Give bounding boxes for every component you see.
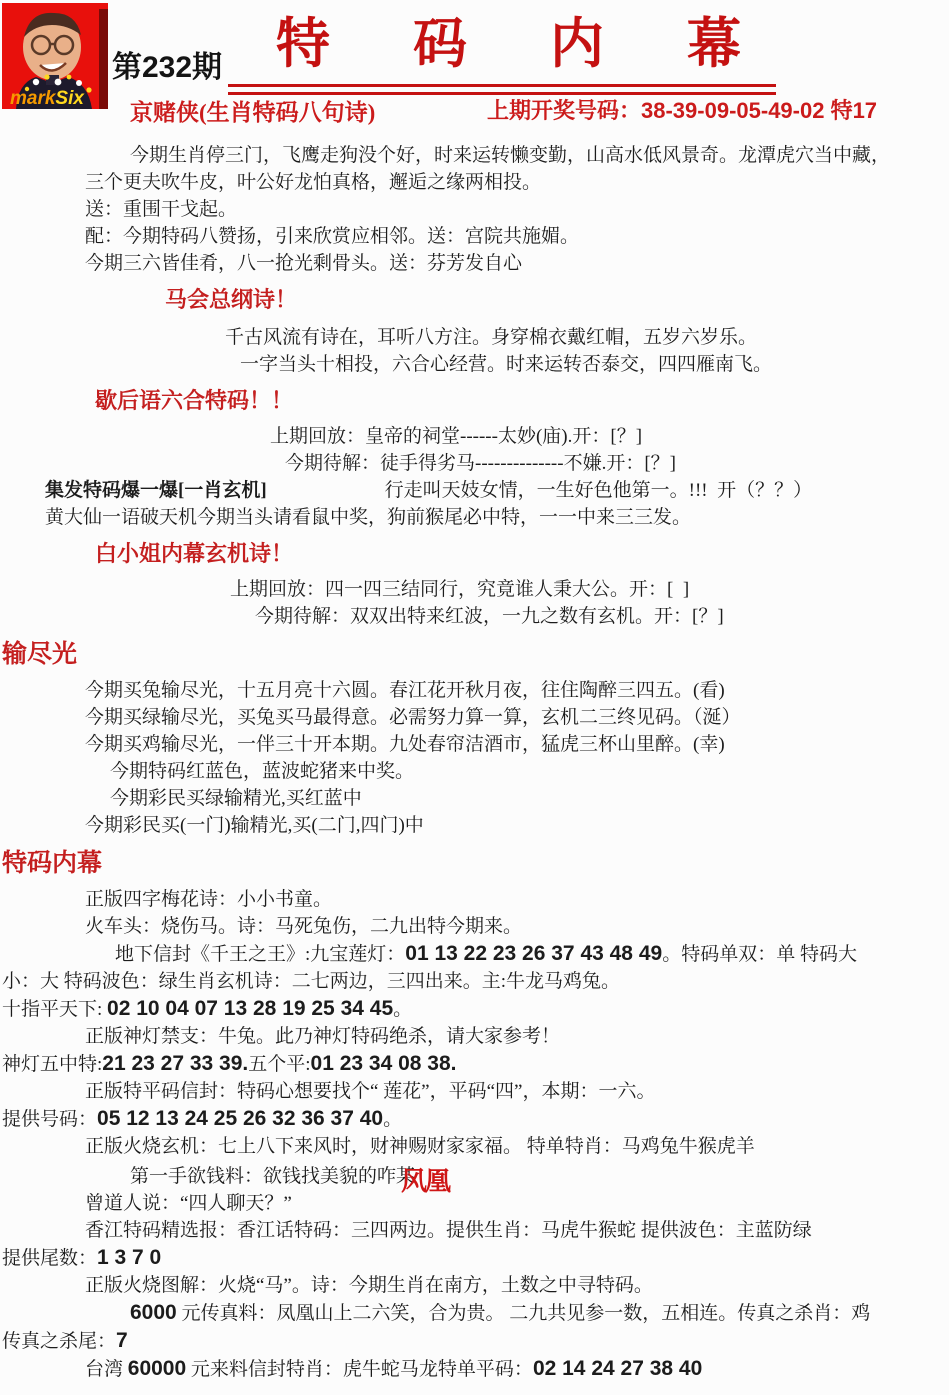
text-segment: 今期待解：徒手得劣马--------------不嫌.开：[？] <box>285 453 676 474</box>
text-line: 正版特平码信封：特码心想要找个“ 莲花”，平码“四”，本期：一六。 <box>0 1078 949 1105</box>
text-segment: 02 10 04 07 13 28 19 25 34 45 <box>107 997 393 1020</box>
text-line: 火车头：烧伤马。诗：马死兔伤，二九出特今期来。 <box>0 913 949 940</box>
text-line: 地下信封《千王之王》:九宝莲灯：01 13 22 23 26 37 43 48 … <box>0 940 949 968</box>
text-segment: 十指平天下: <box>2 999 107 1020</box>
text-line: 小：大 特码波色：绿生肖玄机诗：二七两边，三四出来。主:牛龙马鸡兔。 <box>0 968 949 995</box>
phoenix-overlay-text: 风凰 <box>401 1167 449 1196</box>
issue-number: 第232期 <box>112 42 222 86</box>
text-line: 今期三六皆佳肴，八一抢光剩骨头。送：芬芳发自心 <box>0 250 949 277</box>
text-segment: 上期回放：四一四三结同行，究竟谁人秉大公。开：[ ] <box>230 579 689 600</box>
text-line: 今期买绿输尽光，买兔买马最得意。必需努力算一算，玄机二三终见码。（涎） <box>0 704 949 731</box>
text-line: 今期彩民买(一门)输精光,买(二门,四门)中 <box>0 812 949 839</box>
text-segment: 元传真料：凤凰山上二六笑，合为贵。 二九共见参一数，五相连。传真之杀肖：鸡 <box>177 1303 871 1324</box>
mark-six-logo: markSix <box>2 3 108 109</box>
text-line: 今期生肖停三门，飞鹰走狗没个好，时来运转懒变勤，山高水低风景奇。龙潭虎穴当中藏， <box>0 142 949 169</box>
text-segment: 行走叫天妓女情，一生好色他第一。!!! 开（？？） <box>385 480 812 501</box>
text-segment: 集发特码爆一爆[一肖玄机] <box>45 480 267 501</box>
sheet-content: 今期生肖停三门，飞鹰走狗没个好，时来运转懒变勤，山高水低风景奇。龙潭虎穴当中藏，… <box>0 138 949 1383</box>
text-segment: 正版神灯禁支：牛兔。此乃神灯特码绝杀，请大家参考！ <box>85 1026 560 1047</box>
text-line: 今期待解：双双出特来红波，一九之数有玄机。开：[？] <box>0 603 949 630</box>
text-segment: 今期待解：双双出特来红波，一九之数有玄机。开：[？] <box>255 606 724 627</box>
text-line: 台湾 60000 元来料信封特肖：虎牛蛇马龙特单平码：02 14 24 27 3… <box>0 1355 949 1383</box>
text-segment: 传真之杀尾： <box>2 1331 116 1352</box>
text-line: 正版神灯禁支：牛兔。此乃神灯特码绝杀，请大家参考！ <box>0 1023 949 1050</box>
section-heading-miss-bai-insider-poem: 白小姐内幕玄机诗！ <box>0 540 949 568</box>
text-segment: 今期生肖停三门，飞鹰走狗没个好，时来运转懒变勤，山高水低风景奇。龙潭虎穴当中藏， <box>130 145 890 166</box>
text-segment: 60000 <box>128 1357 186 1380</box>
text-line: 今期特码红蓝色，蓝波蛇猪来中奖。 <box>0 758 949 785</box>
page-title: 特码内幕 <box>276 14 824 74</box>
text-segment: 6000 <box>130 1301 177 1324</box>
text-line: 送：重围干戈起。 <box>0 196 949 223</box>
text-segment: 上期回放：皇帝的祠堂------太妙(庙).开：[？] <box>270 426 642 447</box>
text-segment: 今期彩民买绿输精光,买红蓝中 <box>110 788 362 809</box>
text-segment: 火车头：烧伤马。诗：马死兔伤，二九出特今期来。 <box>85 916 522 937</box>
text-line: 6000 元传真料：凤凰山上二六笑，合为贵。 二九共见参一数，五相连。传真之杀肖… <box>0 1299 949 1327</box>
text-segment: 地下信封《千王之王》:九宝莲灯： <box>115 944 405 965</box>
text-segment: 三个更夫吹牛皮，叶公好龙怕真格，邂逅之缘两相投。 <box>85 172 541 193</box>
text-segment: 台湾 <box>85 1359 128 1380</box>
text-segment: 今期三六皆佳肴，八一抢光剩骨头。送：芬芳发自心 <box>85 253 522 274</box>
poet-subtitle: 京赌侠(生肖特码八句诗) <box>130 94 375 127</box>
text-line: 黄大仙一语破天机今期当头请看鼠中奖，狗前猴尾必中特，一一中来三三发。 <box>0 504 949 531</box>
text-segment: 香江特码精选报：香江话特码：三四两边。提供生肖：马虎牛猴蛇 提供波色：主蓝防绿 <box>85 1220 812 1241</box>
section-heading-tema-neimu: 特码内幕 <box>0 850 949 878</box>
masthead: markSix 第232期 特码内幕 京赌侠(生肖特码八句诗) 上期开奖号码：3… <box>0 0 949 138</box>
text-segment: 曾道人说：“四人聊天？” <box>85 1193 292 1214</box>
text-line: 正版四字梅花诗：小小书童。 <box>0 886 949 913</box>
text-line: 三个更夫吹牛皮，叶公好龙怕真格，邂逅之缘两相投。 <box>0 169 949 196</box>
text-segment: 今期买鸡输尽光，一伴三十开本期。九处春帘洁酒市，猛虎三杯山里醉。(幸) <box>85 734 725 755</box>
text-line: 正版火烧图解：火烧“马”。诗：今期生肖在南方，土数之中寻特码。 <box>0 1272 949 1299</box>
text-line: 今期买鸡输尽光，一伴三十开本期。九处春帘洁酒市，猛虎三杯山里醉。(幸) <box>0 731 949 758</box>
text-segment: 。 <box>393 999 412 1020</box>
text-line: 今期彩民买绿输精光,买红蓝中 <box>0 785 949 812</box>
text-segment: 第一手欲钱料：欲钱找美貌的咋某 <box>130 1166 415 1187</box>
text-line: 十指平天下: 02 10 04 07 13 28 19 25 34 45。 <box>0 995 949 1023</box>
text-line: 配：今期特码八赞扬，引来欣赏应相邻。送：宫院共施媚。 <box>0 223 949 250</box>
text-segment: 今期特码红蓝色，蓝波蛇猪来中奖。 <box>110 761 414 782</box>
last-draw-numbers: 上期开奖号码：38-39-09-05-49-02 特17 <box>487 94 877 125</box>
section-heading-jockey-club-outline-poem: 马会总纲诗！ <box>0 286 949 314</box>
text-segment: 正版火烧玄机：七上八下来风时，财神赐财家家福。 特单特肖：马鸡兔牛猴虎羊 <box>85 1136 755 1157</box>
text-segment: 1 3 7 0 <box>97 1246 161 1269</box>
text-line: 今期待解：徒手得劣马--------------不嫌.开：[？] <box>0 450 949 477</box>
text-segment: 正版特平码信封：特码心想要找个“ 莲花”，平码“四”，本期：一六。 <box>85 1081 655 1102</box>
text-segment: 小：大 特码波色：绿生肖玄机诗：二七两边，三四出来。主:牛龙马鸡兔。 <box>2 971 620 992</box>
tip-sheet-page: markSix 第232期 特码内幕 京赌侠(生肖特码八句诗) 上期开奖号码：3… <box>0 0 949 1395</box>
section-heading-shujinguang: 输尽光 <box>0 641 949 669</box>
text-segment: 一字当头十相投，六合心经营。时来运转否泰交，四四雁南飞。 <box>240 354 772 375</box>
text-segment: 黄大仙一语破天机今期当头请看鼠中奖，狗前猴尾必中特，一一中来三三发。 <box>45 507 691 528</box>
text-segment: 02 14 24 27 38 40 <box>533 1357 702 1380</box>
text-line: 正版火烧玄机：七上八下来风时，财神赐财家家福。 特单特肖：马鸡兔牛猴虎羊 <box>0 1133 949 1160</box>
text-line: 集发特码爆一爆[一肖玄机]行走叫天妓女情，一生好色他第一。!!! 开（？？） <box>0 477 949 504</box>
text-segment: 。特码单双：单 特码大 <box>662 944 857 965</box>
text-segment: 送：重围干戈起。 <box>85 199 237 220</box>
text-line: 传真之杀尾：7 <box>0 1327 949 1355</box>
text-segment: 。 <box>383 1109 402 1130</box>
text-segment: 01 13 22 23 26 37 43 48 49 <box>405 942 662 965</box>
text-segment: 提供尾数： <box>2 1248 97 1269</box>
text-segment: 正版四字梅花诗：小小书童。 <box>85 889 332 910</box>
text-line: 上期回放：皇帝的祠堂------太妙(庙).开：[？] <box>0 423 949 450</box>
text-line: 神灯五中特:21 23 27 33 39.五个平:01 23 34 08 38. <box>0 1050 949 1078</box>
text-line: 今期买兔输尽光，十五月亮十六圆。春江花开秋月夜，往住陶醉三四五。(看) <box>0 677 949 704</box>
text-line: 提供尾数：1 3 7 0 <box>0 1244 949 1272</box>
text-segment: 今期彩民买(一门)输精光,买(二门,四门)中 <box>85 815 424 836</box>
text-line: 提供号码：05 12 13 24 25 26 32 36 37 40。 <box>0 1105 949 1133</box>
text-line: 千古风流有诗在，耳听八方注。身穿棉衣戴红帽，五岁六岁乐。 <box>0 324 949 351</box>
section-heading-xiehouyu-liuhe-tema: 歇后语六合特码！！ <box>0 387 949 415</box>
text-line: 一字当头十相投，六合心经营。时来运转否泰交，四四雁南飞。 <box>0 351 949 378</box>
text-segment: 7 <box>116 1329 128 1352</box>
text-segment: 正版火烧图解：火烧“马”。诗：今期生肖在南方，土数之中寻特码。 <box>85 1275 653 1296</box>
text-segment: 神灯五中特: <box>2 1054 102 1075</box>
text-line: 香江特码精选报：香江话特码：三四两边。提供生肖：马虎牛猴蛇 提供波色：主蓝防绿 <box>0 1217 949 1244</box>
text-line: 上期回放：四一四三结同行，究竟谁人秉大公。开：[ ] <box>0 576 949 603</box>
text-segment: 今期买兔输尽光，十五月亮十六圆。春江花开秋月夜，往住陶醉三四五。(看) <box>85 680 725 701</box>
text-segment: 21 23 27 33 39. <box>102 1052 248 1075</box>
text-segment: 五个平: <box>248 1054 310 1075</box>
text-segment: 配：今期特码八赞扬，引来欣赏应相邻。送：宫院共施媚。 <box>85 226 579 247</box>
text-segment: 01 23 34 08 38. <box>311 1052 457 1075</box>
text-line: 第一手欲钱料：欲钱找美貌的咋某风凰 <box>0 1160 949 1190</box>
text-segment: 今期买绿输尽光，买兔买马最得意。必需努力算一算，玄机二三终见码。（涎） <box>85 707 741 728</box>
text-segment: 元来料信封特肖：虎牛蛇马龙特单平码： <box>186 1359 533 1380</box>
text-segment: 千古风流有诗在，耳听八方注。身穿棉衣戴红帽，五岁六岁乐。 <box>225 327 757 348</box>
text-segment: 提供号码： <box>2 1109 97 1130</box>
text-segment: 05 12 13 24 25 26 32 36 37 40 <box>97 1107 383 1130</box>
svg-text:markSix: markSix <box>10 88 85 109</box>
text-line: 曾道人说：“四人聊天？” <box>0 1190 949 1217</box>
